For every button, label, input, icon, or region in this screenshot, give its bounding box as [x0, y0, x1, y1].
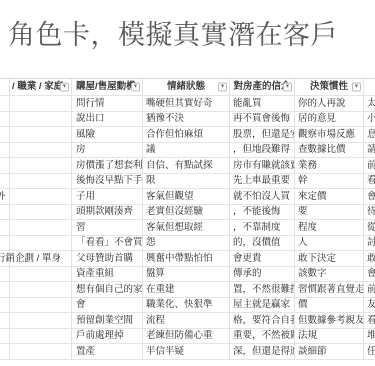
cell-text: 屋主就是贏家	[233, 300, 290, 310]
cell-text: 想有個自己的家	[76, 285, 143, 295]
cell-text: 會	[76, 300, 86, 310]
table-cell[interactable]	[0, 158, 10, 174]
cell-text: 置，不然很難撐	[233, 285, 295, 295]
table-cell[interactable]	[0, 313, 10, 329]
table-cell[interactable]: 問行情	[72, 96, 143, 112]
table-cell[interactable]: 猶豫不決	[143, 112, 230, 128]
table-row: 說出口猶豫不決再不買會後悔居的意見小	[0, 112, 375, 128]
table-cell[interactable]: 幹	[295, 174, 364, 190]
cell-text: 從	[367, 223, 375, 233]
table-cell[interactable]	[10, 158, 72, 174]
table-cell[interactable]: 任	[364, 344, 375, 360]
table-cell[interactable]: 流程	[143, 313, 230, 329]
cell-text: 興奮中帶點怕怕	[146, 254, 213, 264]
header-cell-occupation-family[interactable]: / 職業 / 家庭 ▼	[10, 79, 72, 96]
table-row: 會職業化、快狠準屋主就是贏家價友	[0, 298, 375, 314]
table-cell[interactable]: 股票，但還是安	[230, 127, 295, 143]
table-cell[interactable]: ，但地段難得	[230, 143, 295, 159]
cell-text: 能亂買	[233, 99, 262, 109]
table-cell[interactable]: 客氣但想取經	[143, 220, 230, 236]
table-cell[interactable]: 議	[143, 143, 230, 159]
cell-text: 半信半疑	[146, 347, 184, 357]
cell-text: 子用	[76, 192, 95, 202]
cell-text: 流程	[146, 316, 165, 326]
table-cell[interactable]	[10, 127, 72, 143]
cell-text: 自信、有點試探	[146, 161, 213, 171]
table-cell[interactable]: 會更貴	[230, 251, 295, 267]
table-cell[interactable]	[10, 205, 72, 221]
table-cell[interactable]	[10, 189, 72, 205]
cell-text: 業務	[298, 161, 317, 171]
cell-text: 居的意見	[298, 114, 336, 124]
table-cell[interactable]: 看	[364, 313, 375, 329]
cell-text: 外	[0, 192, 6, 202]
cell-text: 待	[367, 207, 375, 217]
table-cell[interactable]: 就不怕沒人買	[230, 189, 295, 205]
table-row: 想有個自己的家在重建置，不然很難撐習慣跟著直覺走前	[0, 282, 375, 298]
table-row: 習客氣但想取經，不靠制度程度從	[0, 220, 375, 236]
table-row: 後悔沒早點下手限先上車最重要幹看	[0, 174, 375, 190]
table-cell[interactable]: 會	[364, 189, 375, 205]
cell-text: 預留創業空間	[76, 316, 133, 326]
table-cell[interactable]: 房市有賺就該賣	[230, 158, 295, 174]
table-cell[interactable]: 屋主就是贏家	[230, 298, 295, 314]
table-cell[interactable]: 外	[0, 189, 10, 205]
table-cell[interactable]: 前	[364, 158, 375, 174]
cell-text: 觀察市場反應	[298, 130, 355, 140]
cell-text: 議	[146, 145, 156, 155]
table-cell[interactable]	[10, 344, 72, 360]
header-cell-motivation[interactable]: 購屋/售屋動機 ▼	[72, 79, 143, 96]
cell-text: 習慣跟著直覺走	[298, 285, 364, 295]
cell-text: 合作但怕麻煩	[146, 130, 203, 140]
table-cell[interactable]: 父母贊助首購	[72, 251, 143, 267]
table-cell[interactable]: 會	[364, 267, 375, 283]
cell-text: 盤算	[146, 269, 165, 279]
table-cell[interactable]	[0, 236, 10, 252]
cell-text: 在重建	[146, 285, 175, 295]
table-cell[interactable]: 的，沒價值	[230, 236, 295, 252]
cell-text: 猶豫不決	[146, 114, 184, 124]
table-row: 外子用客氣但觀望就不怕沒人買來定價會	[0, 189, 375, 205]
cell-text: 重要，不然被關	[233, 331, 295, 341]
table-row: 風險合作但怕麻煩股票，但還是安觀察市場反應息	[0, 127, 375, 143]
table-cell[interactable]: 傳承的	[230, 267, 295, 283]
cell-text: 習	[76, 223, 86, 233]
table-cell[interactable]: 來定價	[295, 189, 364, 205]
table-cell[interactable]: 怨	[143, 236, 230, 252]
sheet-table: / 職業 / 家庭 ▼ 購屋/售屋動機 ▼ 情緒狀態 ▼ 對房產的信念 ▼ 決策…	[0, 78, 375, 360]
table-cell[interactable]: 人	[295, 236, 364, 252]
table-cell[interactable]: 習慣跟著直覺走	[295, 282, 364, 298]
cell-text: 人	[298, 238, 308, 248]
cell-text: 討	[367, 238, 375, 248]
table-cell[interactable]: 待	[364, 205, 375, 221]
header-cell-clipped[interactable]	[364, 79, 375, 96]
table-row: 行銷企劃 / 單身父母贊助首購興奮中帶點怕怕會更貴敢下決定敢	[0, 251, 375, 267]
cell-text: 資產重組	[76, 269, 114, 279]
header-label: 對房產的信念	[233, 82, 290, 92]
table-cell[interactable]: 嘴硬但其實好奇	[143, 96, 230, 112]
cell-text: 房市有賺就該賣	[233, 161, 295, 171]
table-cell[interactable]	[0, 267, 10, 283]
cell-text: 格，要符合自我	[233, 316, 295, 326]
table-cell[interactable]: 置，不然很難撐	[230, 282, 295, 298]
table-cell[interactable]: 能亂買	[230, 96, 295, 112]
table-cell[interactable]: 資產重組	[72, 267, 143, 283]
cell-text: 再不買會後悔	[233, 114, 290, 124]
table-cell[interactable]	[0, 112, 10, 128]
table-cell[interactable]: 查數據比價	[295, 143, 364, 159]
cell-text: 息	[367, 130, 375, 140]
cell-text: ，不靠制度	[233, 223, 281, 233]
table-cell[interactable]: 興奮中帶點怕怕	[143, 251, 230, 267]
table-cell[interactable]: 預留創業空間	[72, 313, 143, 329]
table-cell[interactable]: 戶前處理掉	[72, 329, 143, 345]
table-cell[interactable]: 格，要符合自我	[230, 313, 295, 329]
header-label: 情緒狀態	[167, 82, 205, 92]
table-cell[interactable]: 要	[295, 205, 364, 221]
table-cell[interactable]: 會	[72, 298, 143, 314]
table-cell[interactable]	[0, 205, 10, 221]
page-title: 角色卡，模擬真實潛在客戶	[0, 0, 375, 52]
table-cell[interactable]	[0, 282, 10, 298]
cell-text: 股票，但還是安	[233, 130, 295, 140]
table-cell[interactable]: 請	[364, 143, 375, 159]
table-cell[interactable]	[10, 329, 72, 345]
cell-text: 老練但防備心重	[146, 331, 213, 341]
filter-dropdown-icon[interactable]: ▼	[218, 83, 227, 92]
table-cell[interactable]: 「看看」不會買	[72, 236, 143, 252]
table-cell[interactable]: 在重建	[143, 282, 230, 298]
table-cell[interactable]	[0, 96, 10, 112]
table-cell[interactable]: 看	[364, 174, 375, 190]
cell-text: 前	[367, 161, 375, 171]
table-cell[interactable]: ，不靠制度	[230, 220, 295, 236]
table-cell[interactable]: 該數字	[295, 267, 364, 283]
table-row: 問行情嘴硬但其實好奇能亂買你的人再說太	[0, 96, 375, 112]
cell-text: 程度	[298, 223, 317, 233]
table-body: 問行情嘴硬但其實好奇能亂買你的人再說太說出口猶豫不決再不買會後悔居的意見小風險合…	[0, 96, 375, 360]
table-cell[interactable]: 老實但沒經驗	[143, 205, 230, 221]
table-cell[interactable]: 老練但防備心重	[143, 329, 230, 345]
cell-text: 問行情	[76, 99, 105, 109]
cell-text: 頭期款剛湊齊	[76, 207, 133, 217]
table-cell[interactable]: 友	[364, 298, 375, 314]
table-cell[interactable]	[10, 220, 72, 236]
filter-dropdown-icon[interactable]: ▼	[283, 83, 292, 92]
table-cell[interactable]	[0, 174, 10, 190]
cell-text: 敢下決定	[298, 254, 336, 264]
cell-text: 敢	[367, 254, 375, 264]
table-cell[interactable]	[10, 313, 72, 329]
table-cell[interactable]	[0, 344, 10, 360]
table-cell[interactable]: 觀察市場反應	[295, 127, 364, 143]
cell-text: 太	[367, 99, 375, 109]
table-cell[interactable]: 職業化、快狠準	[143, 298, 230, 314]
table-cell[interactable]	[0, 127, 10, 143]
table-cell[interactable]: 程度	[295, 220, 364, 236]
table-cell[interactable]: 限	[143, 174, 230, 190]
table-cell[interactable]: 頭期款剛湊齊	[72, 205, 143, 221]
cell-text: 看	[367, 176, 375, 186]
table-cell[interactable]: 前	[364, 282, 375, 298]
table-row: 房議，但地段難得查數據比價請	[0, 143, 375, 159]
table-cell[interactable]	[10, 174, 72, 190]
header-cell-property-belief[interactable]: 對房產的信念 ▼	[230, 79, 295, 96]
header-label: 決策慣性	[310, 82, 348, 92]
cell-text: 該數字	[298, 269, 327, 279]
table-cell[interactable]	[10, 236, 72, 252]
spreadsheet-page: 角色卡，模擬真實潛在客戶 / 職業 / 家庭 ▼ 購屋/售屋動機 ▼ 情緒狀態 …	[0, 0, 375, 366]
table-cell[interactable]: 房價漲了想套利	[72, 158, 143, 174]
cell-text: 房價漲了想套利	[76, 161, 143, 171]
table-row: 頭期款剛湊齊老實但沒經驗，不能後悔要待	[0, 205, 375, 221]
cell-text: 客氣但想取經	[146, 223, 203, 233]
cell-text: 法規	[298, 331, 317, 341]
table-cell[interactable]: 從	[364, 220, 375, 236]
cell-text: 看	[367, 316, 375, 326]
table-cell[interactable]	[10, 112, 72, 128]
table-cell[interactable]: 討	[364, 236, 375, 252]
table-cell[interactable]: 自信、有點試探	[143, 158, 230, 174]
table-cell[interactable]: 太	[364, 96, 375, 112]
table-cell[interactable]: 想有個自己的家	[72, 282, 143, 298]
table-cell[interactable]: 先上車最重要	[230, 174, 295, 190]
cell-text: 深，但還是得進	[233, 347, 295, 357]
cell-text: 要	[298, 207, 308, 217]
table-row: 預留創業空間流程格，要符合自我但數據參考親友看	[0, 313, 375, 329]
table-cell[interactable]	[10, 267, 72, 283]
cell-text: 房	[76, 145, 86, 155]
table-cell[interactable]: 談細節	[295, 344, 364, 360]
cell-text: 客氣但觀望	[146, 192, 194, 202]
table-cell[interactable]: 你的人再說	[295, 96, 364, 112]
cell-text: 會更貴	[233, 254, 262, 264]
cell-text: 後悔沒早點下手	[76, 176, 143, 186]
table-cell[interactable]: 再不買會後悔	[230, 112, 295, 128]
header-label: / 職業 / 家庭	[12, 82, 63, 92]
table-cell[interactable]: ，不能後悔	[230, 205, 295, 221]
cell-text: 職業化、快狠準	[146, 300, 213, 310]
table-row: 戶前處理掉老練但防備心重重要，不然被關法規堆	[0, 329, 375, 345]
table-cell[interactable]: 價	[295, 298, 364, 314]
cell-text: 怨	[146, 238, 156, 248]
header-cell-blank[interactable]	[0, 79, 10, 96]
table-cell[interactable]: 重要，不然被關	[230, 329, 295, 345]
table-cell[interactable]: 後悔沒早點下手	[72, 174, 143, 190]
table-cell[interactable]	[10, 298, 72, 314]
cell-text: 說出口	[76, 114, 105, 124]
cell-text: 先上車最重要	[233, 176, 290, 186]
table-cell[interactable]	[0, 143, 10, 159]
table-cell[interactable]	[10, 282, 72, 298]
cell-text: 堆	[367, 331, 375, 341]
table-cell[interactable]	[0, 329, 10, 345]
cell-text: 限	[146, 176, 156, 186]
header-label: 購屋/售屋動機	[76, 82, 136, 92]
table-row: 房價漲了想套利自信、有點試探房市有賺就該賣業務前	[0, 158, 375, 174]
table-cell[interactable]: 敢	[364, 251, 375, 267]
table-cell[interactable]: 習	[72, 220, 143, 236]
cell-text: 任	[367, 347, 375, 357]
table-cell[interactable]	[10, 143, 72, 159]
table-cell[interactable]: 敢下決定	[295, 251, 364, 267]
cell-text: 就不怕沒人買	[233, 192, 290, 202]
filter-dropdown-icon[interactable]: ▼	[352, 83, 361, 92]
table-cell[interactable]: 房	[72, 143, 143, 159]
cell-text: 來定價	[298, 192, 327, 202]
table-cell[interactable]: 但數據參考親友	[295, 313, 364, 329]
header-cell-emotional-state[interactable]: 情緒狀態 ▼	[143, 79, 230, 96]
cell-text: 查數據比價	[298, 145, 346, 155]
table-cell[interactable]: 半信半疑	[143, 344, 230, 360]
table-row: 置產半信半疑深，但還是得進談細節任	[0, 344, 375, 360]
table-cell[interactable]: 子用	[72, 189, 143, 205]
cell-text: 的，沒價值	[233, 238, 281, 248]
cell-text: 置產	[76, 347, 95, 357]
table-cell[interactable]: 業務	[295, 158, 364, 174]
filter-dropdown-icon[interactable]: ▼	[131, 83, 140, 92]
cell-text: 嘴硬但其實好奇	[146, 99, 213, 109]
table-cell[interactable]: 居的意見	[295, 112, 364, 128]
cell-text: 請	[367, 145, 375, 155]
cell-text: 風險	[76, 130, 95, 140]
table-cell[interactable]: 行銷企劃 / 單身	[0, 251, 10, 267]
cell-text: 會	[367, 192, 375, 202]
table-cell[interactable]: 置產	[72, 344, 143, 360]
table-cell[interactable]	[0, 298, 10, 314]
cell-text: ，不能後悔	[233, 207, 281, 217]
cell-text: 談細節	[298, 347, 327, 357]
cell-text: 戶前處理掉	[76, 331, 124, 341]
cell-text: 你的人再說	[298, 99, 346, 109]
cell-text: 父母贊助首購	[76, 254, 133, 264]
filter-dropdown-icon[interactable]: ▼	[60, 83, 69, 92]
table-cell[interactable]: 合作但怕麻煩	[143, 127, 230, 143]
cell-text: 老實但沒經驗	[146, 207, 203, 217]
table-row: 「看看」不會買怨的，沒價值人討	[0, 236, 375, 252]
cell-text: ，但地段難得	[233, 145, 290, 155]
table-cell[interactable]: 深，但還是得進	[230, 344, 295, 360]
table-cell[interactable]	[0, 220, 10, 236]
table-cell[interactable]: 法規	[295, 329, 364, 345]
cell-text: 傳承的	[233, 269, 262, 279]
cell-text: 小	[367, 114, 375, 124]
table-cell[interactable]: 息	[364, 127, 375, 143]
cell-text: 「看看」不會買	[76, 238, 143, 248]
cell-text: 友	[367, 300, 375, 310]
table-cell[interactable]: 小	[364, 112, 375, 128]
table-cell[interactable]: 客氣但觀望	[143, 189, 230, 205]
cell-text: 但數據參考親友	[298, 316, 364, 326]
cell-text: 會	[367, 269, 375, 279]
header-cell-decision-habit[interactable]: 決策慣性 ▼	[295, 79, 364, 96]
cell-text: 行銷企劃 / 單身	[0, 254, 61, 264]
cell-text: 幹	[298, 176, 308, 186]
cell-text: 前	[367, 285, 375, 295]
table-header-row: / 職業 / 家庭 ▼ 購屋/售屋動機 ▼ 情緒狀態 ▼ 對房產的信念 ▼ 決策…	[0, 78, 375, 96]
table-cell[interactable]	[10, 96, 72, 112]
table-cell[interactable]: 盤算	[143, 267, 230, 283]
table-cell[interactable]: 堆	[364, 329, 375, 345]
cell-text: 價	[298, 300, 308, 310]
table-cell[interactable]: 風險	[72, 127, 143, 143]
table-row: 資產重組盤算傳承的該數字會	[0, 267, 375, 283]
table-cell[interactable]: 說出口	[72, 112, 143, 128]
